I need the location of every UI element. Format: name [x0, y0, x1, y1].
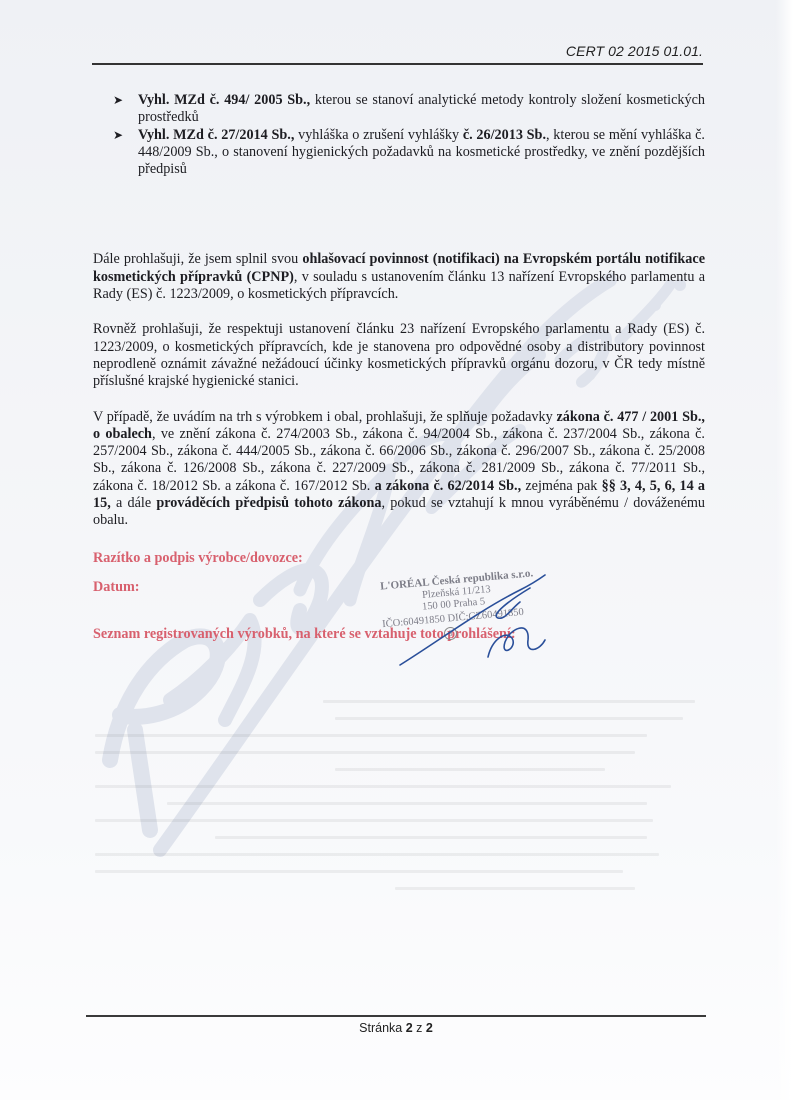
regulation-ref: Vyhl. MZd č. 494/ 2005 Sb., [138, 92, 310, 108]
cpnp-notification-paragraph: Dále prohlašuji, že jsem splnil svou ohl… [93, 251, 705, 303]
regulation-list: ➤ Vyhl. MZd č. 494/ 2005 Sb., kterou se … [93, 92, 705, 178]
header-divider [92, 63, 703, 65]
adverse-effects-paragraph: Rovněž prohlašuji, že respektuji ustanov… [93, 321, 705, 390]
packaging-law-paragraph: V případě, že uvádím na trh s výrobkem i… [93, 409, 705, 530]
footer-divider [86, 1015, 706, 1017]
total-pages: 2 [426, 1021, 433, 1035]
current-page: 2 [406, 1021, 413, 1035]
reverse-side-show-through [95, 700, 695, 940]
arrow-bullet-icon: ➤ [113, 127, 123, 144]
page-number: Stránka 2 z 2 [86, 1021, 706, 1035]
handwritten-signature [380, 560, 610, 670]
regulation-ref: Vyhl. MZd č. 27/2014 Sb., [138, 127, 294, 143]
page-edge [776, 0, 800, 1100]
document-page: CERT 02 2015 01.01. ➤ Vyhl. MZd č. 494/ … [0, 0, 800, 1100]
regulation-item: ➤ Vyhl. MZd č. 27/2014 Sb., vyhláška o z… [93, 127, 705, 179]
regulation-item: ➤ Vyhl. MZd č. 494/ 2005 Sb., kterou se … [93, 92, 705, 127]
document-code: CERT 02 2015 01.01. [500, 43, 703, 59]
arrow-bullet-icon: ➤ [113, 92, 123, 109]
